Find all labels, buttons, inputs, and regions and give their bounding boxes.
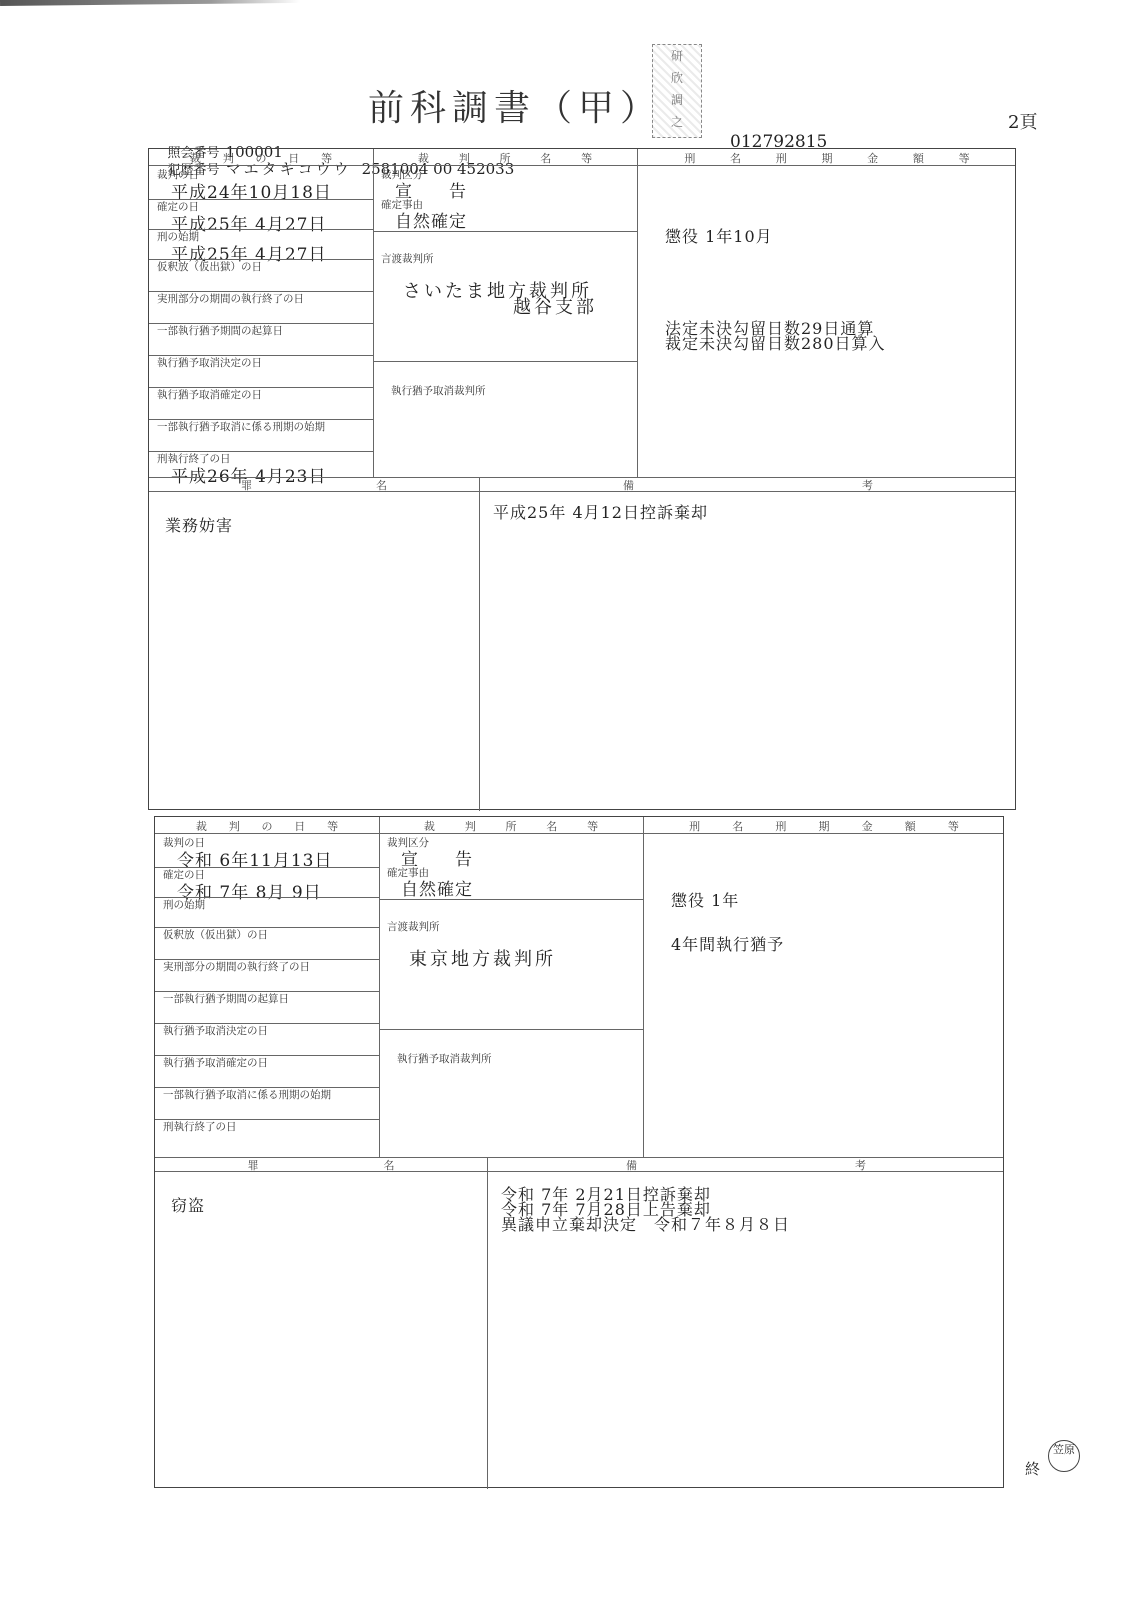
column-header-char: 罪 [241, 477, 252, 493]
column-header-char: 日 [288, 150, 299, 166]
divider [379, 1029, 643, 1030]
record-block-2: 裁判の日等裁判所名等刑名刑期金額等裁判の日令和 6年11月13日確定の日令和 7… [154, 816, 1004, 1488]
personal-seal-stamp: 笠原 [1048, 1440, 1080, 1472]
court-column-header: 裁判所名等 [373, 150, 637, 166]
column-header-char: 額 [913, 150, 924, 166]
official-seal: 研 欣 調 之 [652, 44, 702, 138]
label-partial-term-end: 実刑部分の期間の執行終了の日 [163, 959, 310, 974]
label-partial-term-end: 実刑部分の期間の執行終了の日 [157, 291, 304, 306]
document-title: 前科調書（甲） [368, 80, 662, 131]
label-revocation-court: 執行猶予取消裁判所 [397, 1051, 492, 1066]
column-header-char: の [255, 150, 266, 166]
column-header-char: 名 [732, 818, 743, 834]
divider [379, 899, 643, 900]
label-sentencing-court: 言渡裁判所 [381, 251, 434, 266]
column-header-char: 裁 [418, 150, 429, 166]
divider [637, 149, 638, 477]
divider [479, 477, 480, 811]
label-partial-suspension-start: 一部執行猶予期間の起算日 [163, 991, 289, 1006]
column-header-char: 備 [626, 1157, 637, 1173]
column-header-char: 裁 [196, 818, 207, 834]
end-mark: 終 [1025, 1458, 1040, 1479]
remarks-column-header: 備考 [479, 477, 1017, 493]
seal-char: 之 [653, 111, 701, 133]
column-header-char: の [261, 818, 272, 834]
column-header-char: 期 [821, 150, 832, 166]
sentencing-court-branch: 越谷支部 [513, 293, 597, 319]
sentence: 懲役 1年 [671, 893, 739, 909]
sentence: 懲役 1年10月 [665, 229, 773, 245]
column-header-char: 刑 [775, 818, 786, 834]
crime-name: 業務妨害 [165, 513, 233, 536]
date-column-header: 裁判の日等 [149, 150, 373, 166]
column-header-char: 等 [327, 818, 338, 834]
label-partial-suspension-start: 一部執行猶予期間の起算日 [157, 323, 283, 338]
finalization-reason: 自然確定 [395, 207, 467, 232]
column-header-char: 考 [862, 477, 873, 493]
column-header-char: 刑 [689, 818, 700, 834]
divider [373, 231, 637, 232]
label-parole-date: 仮釈放（仮出獄）の日 [157, 259, 262, 274]
seal-char: 調 [653, 89, 701, 111]
label-revocation-court: 執行猶予取消裁判所 [391, 383, 486, 398]
column-header-char: 名 [540, 150, 551, 166]
column-header-char: 名 [730, 150, 741, 166]
crime-column-header: 罪名 [155, 1157, 487, 1173]
column-header-char: 等 [587, 818, 598, 834]
divider [643, 817, 644, 1157]
column-header-char: 刑 [776, 150, 787, 166]
seal-char: 研 [653, 45, 701, 67]
column-header-char: 判 [465, 818, 476, 834]
column-header-char: 刑 [684, 150, 695, 166]
column-header-char: 考 [855, 1157, 866, 1173]
record-block-1: 裁判の日等裁判所名等刑名刑期金額等裁判の日平成24年10月18日確定の日平成25… [148, 148, 1016, 810]
column-header-char: 等 [581, 150, 592, 166]
column-header-char: 判 [223, 150, 234, 166]
column-header-char: 名 [376, 477, 387, 493]
sentence-column-header: 刑名刑期金額等 [637, 150, 1017, 166]
crime-column-header: 罪名 [149, 477, 479, 493]
column-header-char: 名 [384, 1157, 395, 1173]
column-header-char: 裁 [424, 818, 435, 834]
seal-char: 欣 [653, 67, 701, 89]
court-column-header: 裁判所名等 [379, 818, 643, 834]
remark-line: 平成25年 4月12日控訴棄却 [493, 505, 708, 521]
divider [373, 149, 374, 477]
label-partial-revocation-term-start: 一部執行猶予取消に係る刑期の始期 [163, 1087, 331, 1102]
column-header-char: 日 [294, 818, 305, 834]
column-header-char: 所 [505, 818, 516, 834]
label-suspension-revocation-final: 執行猶予取消確定の日 [157, 387, 262, 402]
column-header-char: 判 [459, 150, 470, 166]
column-header-char: 金 [867, 150, 878, 166]
column-header-char: 等 [948, 818, 959, 834]
scan-edge [0, 0, 300, 6]
label-sentence-start: 刑の始期 [163, 897, 205, 912]
crime-name: 窃盗 [171, 1193, 205, 1216]
finalization-reason: 自然確定 [401, 875, 473, 900]
label-suspension-revocation-final: 執行猶予取消確定の日 [163, 1055, 268, 1070]
column-header-char: 備 [623, 477, 634, 493]
column-header-char: 金 [862, 818, 873, 834]
column-header-char: 判 [229, 818, 240, 834]
divider [487, 1157, 488, 1489]
page-number: 2頁 [1008, 108, 1037, 134]
date-column-header: 裁判の日等 [155, 818, 379, 834]
remark-line: 異議申立棄却決定 令和７年８月８日 [501, 1217, 790, 1233]
column-header-char: 名 [546, 818, 557, 834]
divider [379, 817, 380, 1157]
sentence-column-header: 刑名刑期金額等 [643, 818, 1005, 834]
column-header-char: 罪 [248, 1157, 259, 1173]
column-header-char: 等 [959, 150, 970, 166]
label-sentencing-court: 言渡裁判所 [387, 919, 440, 934]
column-header-char: 所 [499, 150, 510, 166]
divider [373, 361, 637, 362]
column-header-char: 期 [818, 818, 829, 834]
label-suspension-revocation-decision: 執行猶予取消決定の日 [163, 1023, 268, 1038]
remarks-column-header: 備考 [487, 1157, 1005, 1173]
label-partial-revocation-term-start: 一部執行猶予取消に係る刑期の始期 [157, 419, 325, 434]
column-header-char: 等 [321, 150, 332, 166]
sentence-detail-2: 裁定未決勾留日数280日算入 [665, 336, 886, 352]
column-header-char: 裁 [190, 150, 201, 166]
sentence-detail-1: 4年間執行猶予 [671, 937, 784, 953]
label-suspension-revocation-decision: 執行猶予取消決定の日 [157, 355, 262, 370]
sentencing-court: 東京地方裁判所 [409, 945, 556, 971]
label-execution-end: 刑執行終了の日 [163, 1119, 237, 1134]
column-header-char: 額 [905, 818, 916, 834]
label-parole-date: 仮釈放（仮出獄）の日 [163, 927, 268, 942]
